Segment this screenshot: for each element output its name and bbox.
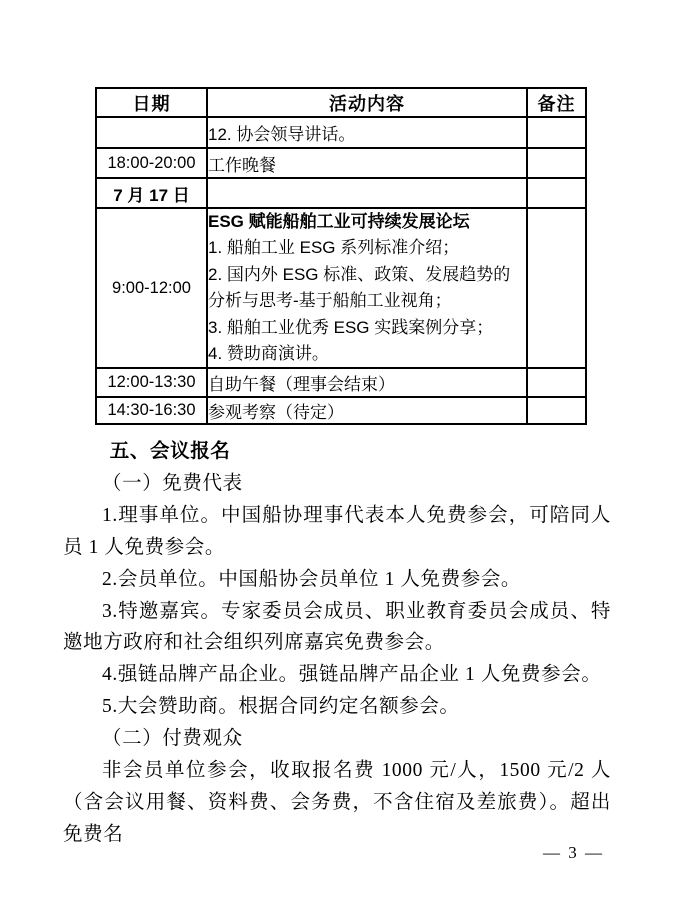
page-number: — 3 — (543, 843, 604, 863)
activity-cell (207, 178, 527, 208)
activity-cell-agenda: ESG 赋能船舶工业可持续发展论坛 1. 船舶工业 ESG 系列标准介绍； 2.… (207, 208, 527, 368)
date-cell: 9:00-12:00 (96, 208, 207, 368)
section-heading: 五、会议报名 (63, 436, 611, 468)
subheading-paid-audience: （二）付费观众 (63, 723, 611, 755)
col-header-remark: 备注 (527, 88, 586, 117)
table-row: 18:00-20:00 工作晚餐 (96, 148, 586, 178)
forum-title: ESG 赋能船舶工业可持续发展论坛 (208, 209, 526, 235)
forum-item: 4. 赞助商演讲。 (208, 341, 526, 367)
forum-item: 1. 船舶工业 ESG 系列标准介绍； (208, 235, 526, 261)
col-header-content: 活动内容 (207, 88, 527, 117)
paragraph-invited-guests: 3.特邀嘉宾。专家委员会成员、职业教育委员会成员、特邀地方政府和社会组织列席嘉宾… (63, 596, 611, 660)
paragraph-member-units: 2.会员单位。中国船协会员单位 1 人免费参会。 (63, 564, 611, 596)
paragraph-non-member-fees: 非会员单位参会，收取报名费 1000 元/人，1500 元/2 人（含会议用餐、… (63, 755, 611, 851)
table-row: 12:00-13:30 自助午餐（理事会结束） (96, 368, 586, 397)
remark-cell (527, 178, 586, 208)
table-row: 12. 协会领导讲话。 (96, 117, 586, 148)
date-cell: 7 月 17 日 (96, 178, 207, 208)
remark-cell (527, 117, 586, 148)
table-row: 7 月 17 日 (96, 178, 586, 208)
remark-cell (527, 368, 586, 397)
date-cell: 12:00-13:30 (96, 368, 207, 397)
date-cell (96, 117, 207, 148)
remark-cell (527, 148, 586, 178)
registration-section: 五、会议报名 （一）免费代表 1.理事单位。中国船协理事代表本人免费参会，可陪同… (63, 436, 611, 851)
activity-cell: 工作晚餐 (207, 148, 527, 178)
schedule-table: 日期 活动内容 备注 12. 协会领导讲话。 18:00-20:00 工作晚餐 … (95, 87, 587, 425)
activity-cell: 参观考察（待定） (207, 397, 527, 424)
forum-item: 3. 船舶工业优秀 ESG 实践案例分享； (208, 315, 526, 341)
subheading-free-delegates: （一）免费代表 (63, 468, 611, 500)
table-header-row: 日期 活动内容 备注 (96, 88, 586, 117)
paragraph-brand-enterprises: 4.强链品牌产品企业。强链品牌产品企业 1 人免费参会。 (63, 659, 611, 691)
paragraph-director-units: 1.理事单位。中国船协理事代表本人免费参会，可陪同人员 1 人免费参会。 (63, 500, 611, 564)
remark-cell (527, 397, 586, 424)
remark-cell (527, 208, 586, 368)
forum-item: 2. 国内外 ESG 标准、政策、发展趋势的分析与思考-基于船舶工业视角； (208, 262, 526, 315)
table-row-forum: 9:00-12:00 ESG 赋能船舶工业可持续发展论坛 1. 船舶工业 ESG… (96, 208, 586, 368)
paragraph-sponsors: 5.大会赞助商。根据合同约定名额参会。 (63, 691, 611, 723)
activity-cell: 12. 协会领导讲话。 (207, 117, 527, 148)
date-cell: 18:00-20:00 (96, 148, 207, 178)
col-header-date: 日期 (96, 88, 207, 117)
table-row: 14:30-16:30 参观考察（待定） (96, 397, 586, 424)
date-cell: 14:30-16:30 (96, 397, 207, 424)
document-page: 日期 活动内容 备注 12. 协会领导讲话。 18:00-20:00 工作晚餐 … (0, 0, 674, 897)
activity-cell: 自助午餐（理事会结束） (207, 368, 527, 397)
